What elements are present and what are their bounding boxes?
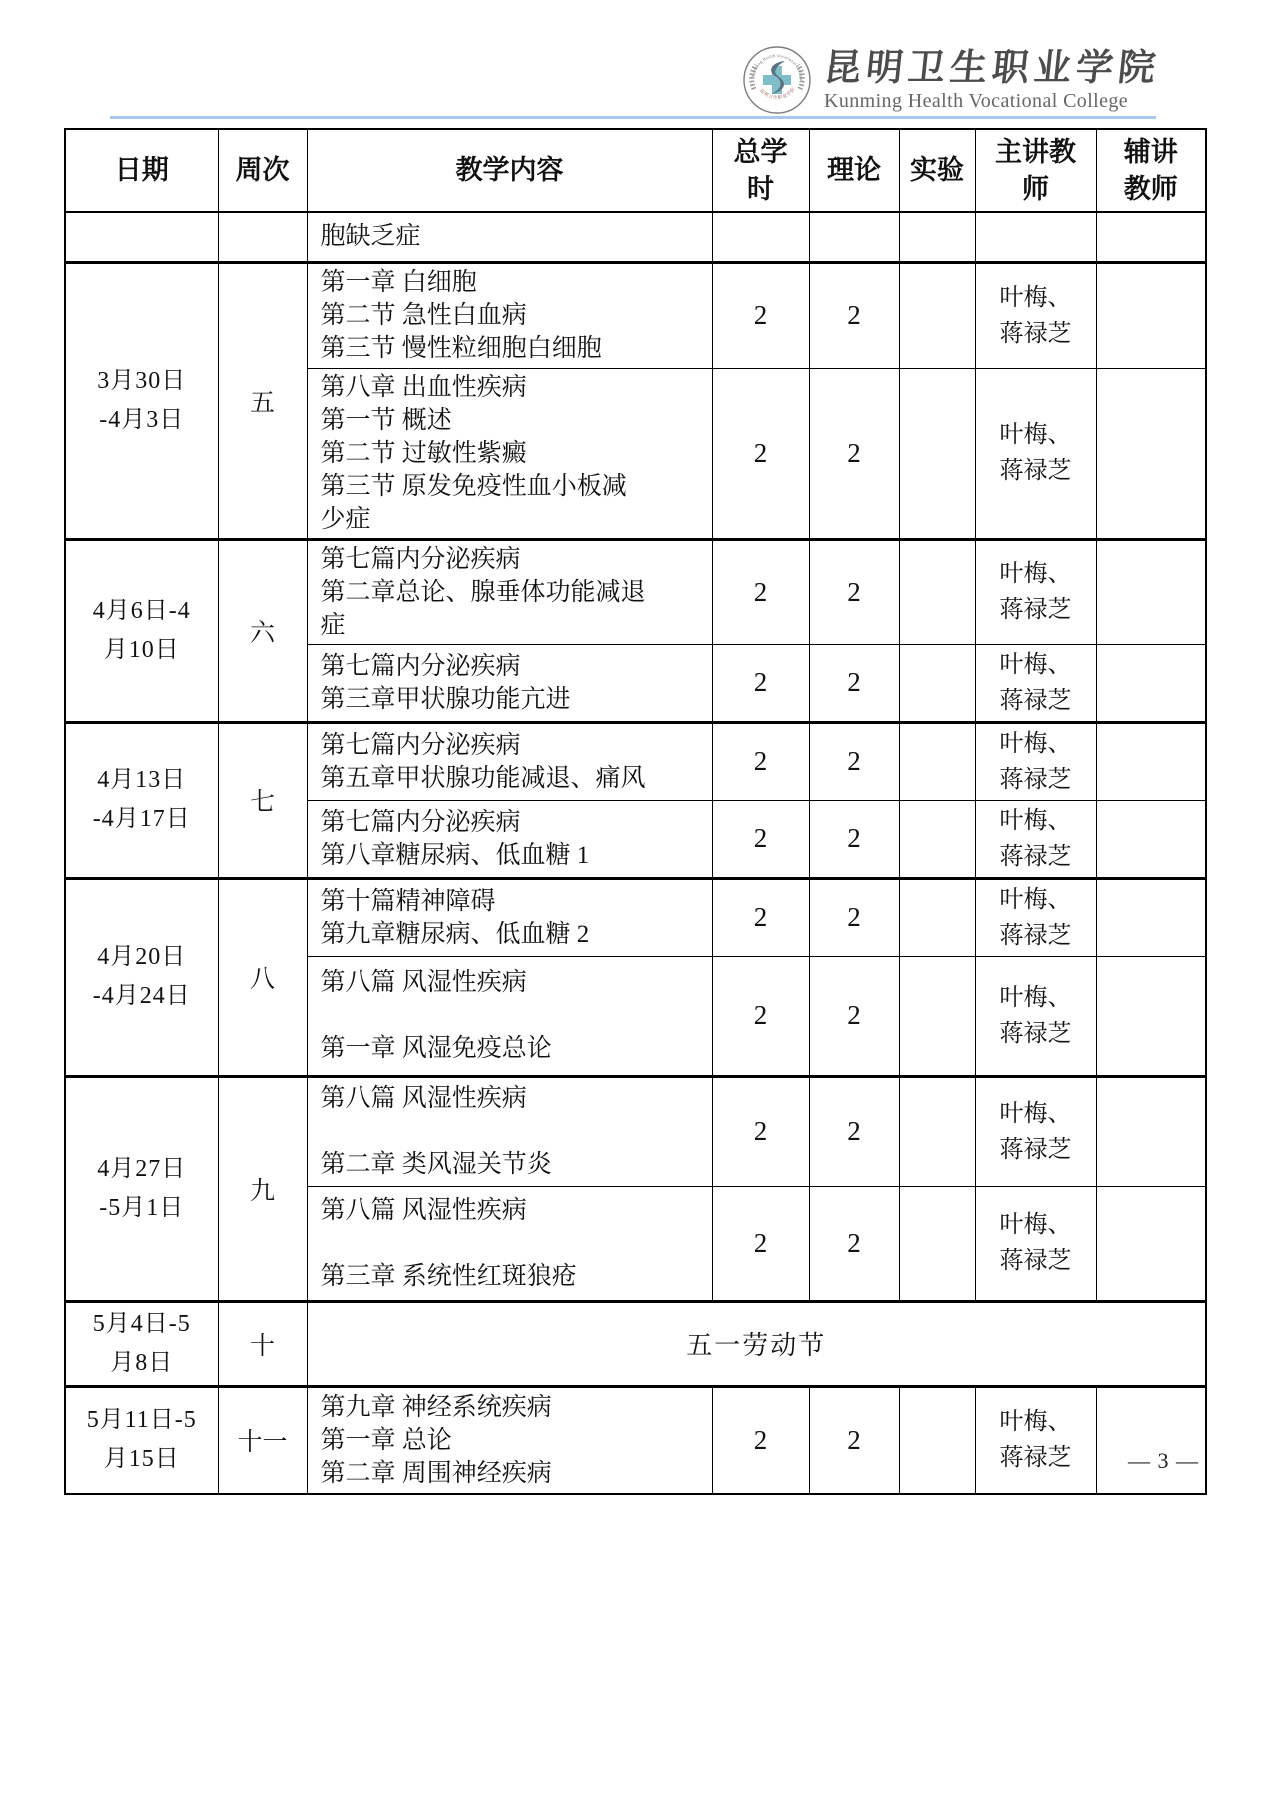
college-name-zh: 昆明卫生职业学院 <box>822 49 1162 89</box>
experiment-hours-cell <box>899 368 975 539</box>
total-hours-cell: 2 <box>712 722 809 800</box>
schedule-row: 5月4日-5 月8日十五一劳动节 <box>65 1301 1206 1386</box>
theory-hours-cell: 2 <box>809 644 899 722</box>
page-header: Kunming Health Vocational College 昆明卫生职业… <box>742 44 1160 116</box>
teaching-content-cell: 第八篇 风湿性疾病 第三章 系统性红斑狼疮 <box>307 1186 712 1301</box>
assistant-teacher-cell <box>1096 212 1206 262</box>
week-cell: 五 <box>218 262 307 539</box>
total-hours-cell <box>712 212 809 262</box>
main-teacher-cell: 叶梅、 蒋禄芝 <box>975 1386 1096 1494</box>
teaching-content-cell: 第八篇 风湿性疾病 第二章 类风湿关节炎 <box>307 1076 712 1186</box>
holiday-cell: 五一劳动节 <box>307 1301 1206 1386</box>
college-name-en: Kunming Health Vocational College <box>824 90 1160 112</box>
main-teacher-cell <box>975 212 1096 262</box>
experiment-hours-cell <box>899 644 975 722</box>
week-cell: 八 <box>218 878 307 1076</box>
theory-hours-cell <box>809 212 899 262</box>
total-hours-cell: 2 <box>712 644 809 722</box>
assistant-teacher-cell <box>1096 1076 1206 1186</box>
date-cell: 4月20日 -4月24日 <box>65 878 218 1076</box>
total-hours-cell: 2 <box>712 262 809 368</box>
main-teacher-cell: 叶梅、 蒋禄芝 <box>975 878 1096 956</box>
schedule-row: 胞缺乏症 <box>65 212 1206 262</box>
assistant-teacher-cell <box>1096 956 1206 1076</box>
column-header-theory: 理论 <box>809 129 899 212</box>
week-cell: 九 <box>218 1076 307 1301</box>
theory-hours-cell: 2 <box>809 956 899 1076</box>
experiment-hours-cell <box>899 539 975 644</box>
experiment-hours-cell <box>899 800 975 878</box>
total-hours-cell: 2 <box>712 1076 809 1186</box>
date-cell: 4月6日-4 月10日 <box>65 539 218 722</box>
experiment-hours-cell <box>899 1386 975 1494</box>
total-hours-cell: 2 <box>712 800 809 878</box>
date-cell <box>65 212 218 262</box>
schedule-row: 4月6日-4 月10日六第七篇内分泌疾病 第二章总论、腺垂体功能减退 症22叶梅… <box>65 539 1206 644</box>
brand-text-block: 昆明卫生职业学院 Kunming Health Vocational Colle… <box>824 49 1160 112</box>
experiment-hours-cell <box>899 262 975 368</box>
main-teacher-cell: 叶梅、 蒋禄芝 <box>975 956 1096 1076</box>
main-teacher-cell: 叶梅、 蒋禄芝 <box>975 539 1096 644</box>
main-teacher-cell: 叶梅、 蒋禄芝 <box>975 722 1096 800</box>
teaching-content-cell: 第九章 神经系统疾病 第一章 总论 第二章 周围神经疾病 <box>307 1386 712 1494</box>
theory-hours-cell: 2 <box>809 1076 899 1186</box>
main-teacher-cell: 叶梅、 蒋禄芝 <box>975 368 1096 539</box>
teaching-content-cell: 第一章 白细胞 第二节 急性白血病 第三节 慢性粒细胞白细胞 <box>307 262 712 368</box>
assistant-teacher-cell <box>1096 1186 1206 1301</box>
experiment-hours-cell <box>899 722 975 800</box>
assistant-teacher-cell <box>1096 539 1206 644</box>
column-header-experiment: 实验 <box>899 129 975 212</box>
assistant-teacher-cell <box>1096 262 1206 368</box>
page-number: — 3 — <box>1128 1448 1199 1474</box>
total-hours-cell: 2 <box>712 368 809 539</box>
main-teacher-cell: 叶梅、 蒋禄芝 <box>975 262 1096 368</box>
theory-hours-cell: 2 <box>809 800 899 878</box>
teaching-content-cell: 第七篇内分泌疾病 第三章甲状腺功能亢进 <box>307 644 712 722</box>
schedule-row: 3月30日 -4月3日五第一章 白细胞 第二节 急性白血病 第三节 慢性粒细胞白… <box>65 262 1206 368</box>
main-teacher-cell: 叶梅、 蒋禄芝 <box>975 1186 1096 1301</box>
teaching-content-cell: 第七篇内分泌疾病 第五章甲状腺功能减退、痛风 <box>307 722 712 800</box>
experiment-hours-cell <box>899 956 975 1076</box>
week-cell: 六 <box>218 539 307 722</box>
assistant-teacher-cell <box>1096 1386 1206 1494</box>
teaching-content-cell: 第七篇内分泌疾病 第二章总论、腺垂体功能减退 症 <box>307 539 712 644</box>
schedule-row: 4月20日 -4月24日八第十篇精神障碍 第九章糖尿病、低血糖 222叶梅、 蒋… <box>65 878 1206 956</box>
schedule-row: 4月13日 -4月17日七第七篇内分泌疾病 第五章甲状腺功能减退、痛风22叶梅、… <box>65 722 1206 800</box>
theory-hours-cell: 2 <box>809 539 899 644</box>
teaching-content-cell: 第八篇 风湿性疾病 第一章 风湿免疫总论 <box>307 956 712 1076</box>
assistant-teacher-cell <box>1096 878 1206 956</box>
main-teacher-cell: 叶梅、 蒋禄芝 <box>975 800 1096 878</box>
date-cell: 3月30日 -4月3日 <box>65 262 218 539</box>
week-cell: 十一 <box>218 1386 307 1494</box>
teaching-schedule-table: 日期 周次 教学内容 总学 时 理论 实验 主讲教 师 辅讲 教师 胞缺乏症3月… <box>64 128 1207 1495</box>
teaching-content-cell: 第十篇精神障碍 第九章糖尿病、低血糖 2 <box>307 878 712 956</box>
column-header-week: 周次 <box>218 129 307 212</box>
total-hours-cell: 2 <box>712 539 809 644</box>
assistant-teacher-cell <box>1096 722 1206 800</box>
theory-hours-cell: 2 <box>809 878 899 956</box>
column-header-main-teacher: 主讲教 师 <box>975 129 1096 212</box>
assistant-teacher-cell <box>1096 644 1206 722</box>
theory-hours-cell: 2 <box>809 722 899 800</box>
total-hours-cell: 2 <box>712 1186 809 1301</box>
theory-hours-cell: 2 <box>809 1386 899 1494</box>
main-teacher-cell: 叶梅、 蒋禄芝 <box>975 1076 1096 1186</box>
date-cell: 5月4日-5 月8日 <box>65 1301 218 1386</box>
total-hours-cell: 2 <box>712 878 809 956</box>
teaching-content-cell: 胞缺乏症 <box>307 212 712 262</box>
experiment-hours-cell <box>899 1186 975 1301</box>
assistant-teacher-cell <box>1096 800 1206 878</box>
column-header-date: 日期 <box>65 129 218 212</box>
column-header-teaching-content: 教学内容 <box>307 129 712 212</box>
date-cell: 5月11日-5 月15日 <box>65 1386 218 1494</box>
college-seal-logo: Kunming Health Vocational College 昆明卫生职业… <box>742 45 812 115</box>
column-header-assistant-teacher: 辅讲 教师 <box>1096 129 1206 212</box>
theory-hours-cell: 2 <box>809 262 899 368</box>
column-header-total-hours: 总学 时 <box>712 129 809 212</box>
experiment-hours-cell <box>899 1076 975 1186</box>
total-hours-cell: 2 <box>712 956 809 1076</box>
teaching-content-cell: 第八章 出血性疾病 第一节 概述 第二节 过敏性紫癜 第三节 原发免疫性血小板减… <box>307 368 712 539</box>
header-divider <box>110 116 1156 119</box>
week-cell <box>218 212 307 262</box>
experiment-hours-cell <box>899 878 975 956</box>
theory-hours-cell: 2 <box>809 368 899 539</box>
experiment-hours-cell <box>899 212 975 262</box>
theory-hours-cell: 2 <box>809 1186 899 1301</box>
week-cell: 七 <box>218 722 307 878</box>
week-cell: 十 <box>218 1301 307 1386</box>
header-row: 日期 周次 教学内容 总学 时 理论 实验 主讲教 师 辅讲 教师 <box>65 129 1206 212</box>
assistant-teacher-cell <box>1096 368 1206 539</box>
total-hours-cell: 2 <box>712 1386 809 1494</box>
main-teacher-cell: 叶梅、 蒋禄芝 <box>975 644 1096 722</box>
schedule-row: 5月11日-5 月15日十一第九章 神经系统疾病 第一章 总论 第二章 周围神经… <box>65 1386 1206 1494</box>
date-cell: 4月13日 -4月17日 <box>65 722 218 878</box>
teaching-content-cell: 第七篇内分泌疾病 第八章糖尿病、低血糖 1 <box>307 800 712 878</box>
date-cell: 4月27日 -5月1日 <box>65 1076 218 1301</box>
schedule-row: 4月27日 -5月1日九第八篇 风湿性疾病 第二章 类风湿关节炎22叶梅、 蒋禄… <box>65 1076 1206 1186</box>
